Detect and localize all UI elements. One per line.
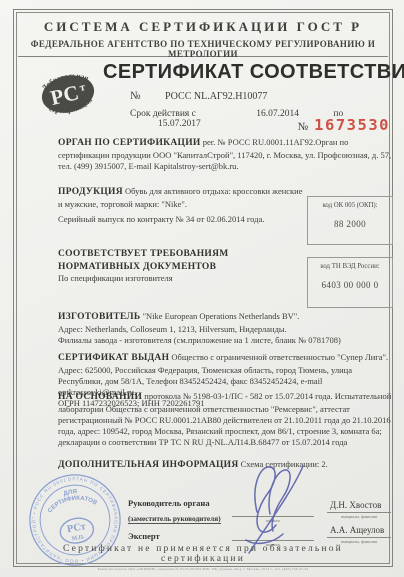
authority-heading: ОРГАН ПО СЕРТИФИКАЦИИ bbox=[58, 138, 201, 148]
blank-microprint: Бланк изготовлен ЗАО «ОПЦИОН» (лицензия … bbox=[20, 567, 386, 571]
head-signature-sublabel: подпись bbox=[232, 518, 314, 523]
stamp-line1: ДЛЯ bbox=[62, 488, 78, 498]
certificate-number: РОСС NL.АГ92.Н10077 bbox=[165, 91, 267, 102]
section-authority: ОРГАН ПО СЕРТИФИКАЦИИ рег. № РОСС RU.000… bbox=[58, 137, 392, 172]
manufacturer-heading: ИЗГОТОВИТЕЛЬ bbox=[58, 312, 140, 322]
validity-label: Срок действия с bbox=[130, 109, 196, 119]
section-product: ПРОДУКЦИЯ Обувь для активного отдыха: кр… bbox=[58, 186, 306, 210]
basis-declaration: декларации о соответствии ТР ТС N RU Д-N… bbox=[58, 437, 394, 448]
number-sign: № bbox=[130, 90, 141, 102]
valid-to-date: 15.07.2017 bbox=[158, 119, 201, 129]
okp-code-label: код ОК 005 (ОКП): bbox=[308, 202, 392, 209]
section-conforms: СООТВЕТСТВУЕТ ТРЕБОВАНИЯМ НОРМАТИВНЫХ ДО… bbox=[58, 248, 308, 284]
additional-info-text: Схема сертификации: 2. bbox=[241, 459, 328, 469]
system-title: СИСТЕМА СЕРТИФИКАЦИИ ГОСТ Р bbox=[20, 19, 386, 35]
basis-heading: НА ОСНОВАНИИ bbox=[58, 392, 142, 402]
section-basis: НА ОСНОВАНИИ протокола № 5198-03-1/ПС - … bbox=[58, 391, 394, 448]
tnved-code-value: 6403 00 000 0 bbox=[308, 280, 392, 290]
head-role-label: Руководитель органа bbox=[128, 498, 210, 508]
stamp-rst-mark: РСт bbox=[66, 521, 86, 535]
certificate-page: СИСТЕМА СЕРТИФИКАЦИИ ГОСТ Р ФЕДЕРАЛЬНОЕ … bbox=[0, 0, 404, 577]
head-name-line bbox=[327, 502, 391, 513]
expert-name-line bbox=[327, 527, 391, 538]
serial-number-row: №1673530 bbox=[230, 116, 390, 135]
manufacturer-branches: Филиалы завода - изготовителя (см.прилож… bbox=[58, 335, 392, 346]
issued-to-name: Общество с ограниченной ответственностью… bbox=[171, 352, 388, 362]
expert-role-label: Эксперт bbox=[128, 531, 160, 541]
serial-number: 1673530 bbox=[314, 116, 390, 134]
certificate-title: СЕРТИФИКАТ СООТВЕТСТВИЯ bbox=[103, 61, 393, 84]
conforms-heading: СООТВЕТСТВУЕТ ТРЕБОВАНИЯМ НОРМАТИВНЫХ ДО… bbox=[58, 248, 308, 273]
head-name-sublabel: инициалы, фамилия bbox=[327, 514, 391, 519]
certificate-number-row: № РОСС NL.АГ92.Н10077 bbox=[130, 90, 267, 102]
footer-note: Сертификат не применяется при обязательн… bbox=[20, 544, 386, 564]
head-role2-label: (заместитель руководителя) bbox=[128, 514, 221, 524]
expert-signature-line bbox=[232, 527, 314, 541]
conforms-text: По спецификации изготовителя bbox=[58, 273, 308, 284]
tnved-code-box: код ТН ВЭД России: 6403 00 000 0 bbox=[307, 257, 393, 308]
okp-code-value: 88 2000 bbox=[308, 219, 392, 229]
head-signature-line bbox=[232, 503, 314, 517]
svg-text:ДЛЯ: ДЛЯ bbox=[62, 488, 78, 498]
manufacturer-name: "Nike European Operations Netherlands BV… bbox=[143, 311, 300, 321]
section-manufacturer: ИЗГОТОВИТЕЛЬ "Nike European Operations N… bbox=[58, 311, 392, 346]
manufacturer-address: Адрес: Netherlands, Colloseum 1, 1213, H… bbox=[58, 324, 392, 335]
product-heading: ПРОДУКЦИЯ bbox=[58, 187, 123, 197]
serial-number-sign: № bbox=[298, 121, 309, 133]
okp-code-box: код ОК 005 (ОКП): 88 2000 bbox=[307, 196, 393, 245]
issued-to-heading: СЕРТИФИКАТ ВЫДАН bbox=[58, 353, 169, 363]
tnved-code-label: код ТН ВЭД России: bbox=[308, 263, 392, 270]
